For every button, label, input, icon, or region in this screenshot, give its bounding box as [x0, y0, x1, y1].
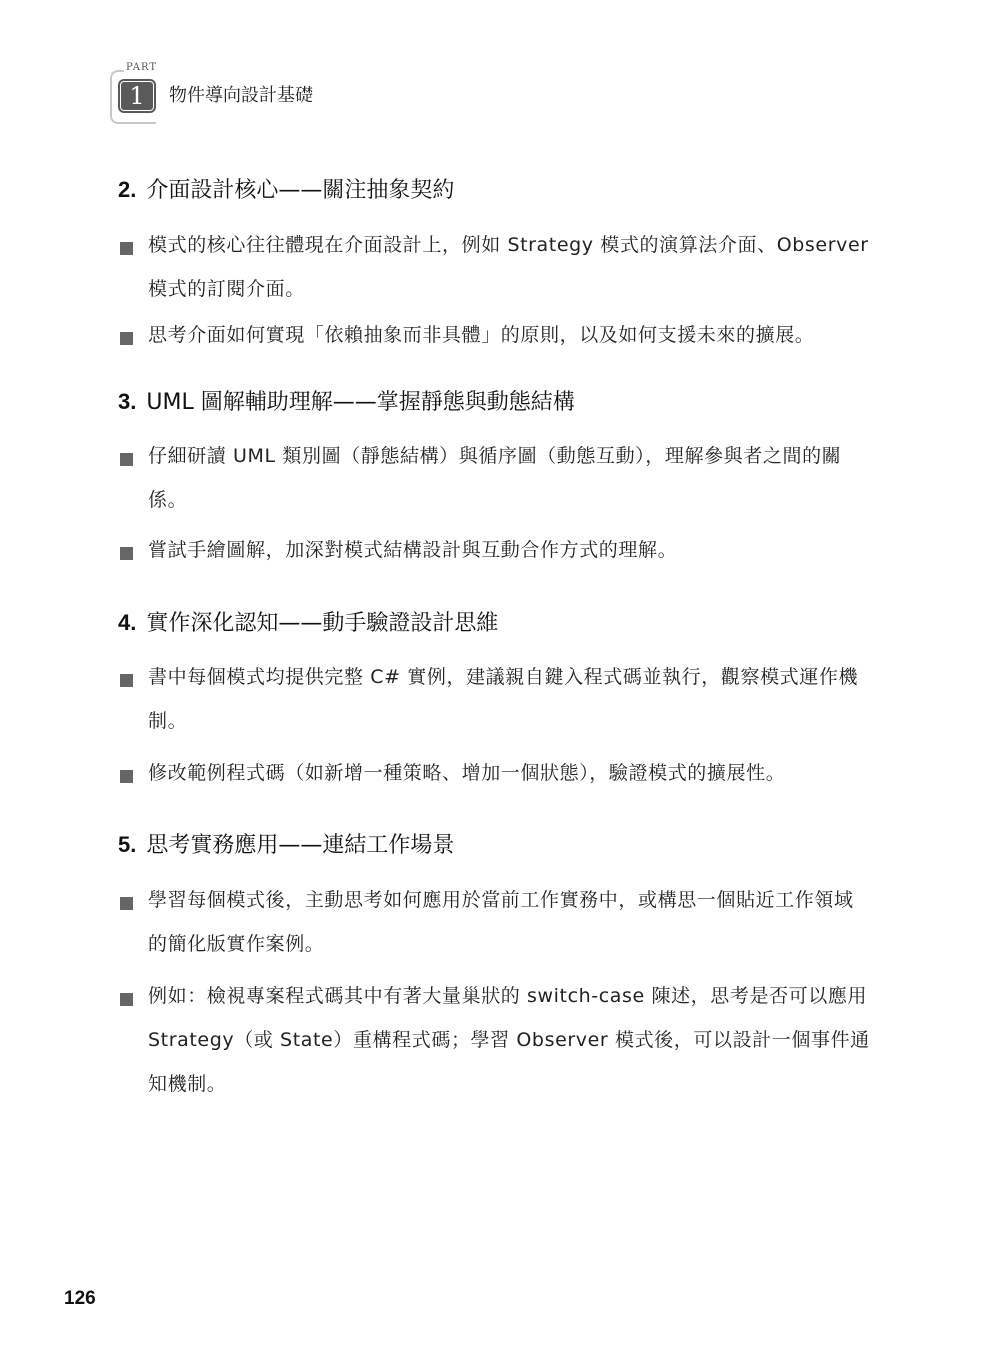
- section-heading: 5.思考實務應用——連結工作場景: [118, 831, 454, 860]
- square-bullet-icon: [120, 242, 133, 255]
- square-bullet-icon: [120, 453, 133, 466]
- list-item-text: 書中每個模式均提供完整 C# 實例，建議親自鍵入程式碼並執行，觀察模式運作機制。: [148, 655, 870, 743]
- list-item-text: 學習每個模式後，主動思考如何應用於當前工作實務中，或構思一個貼近工作領域的簡化版…: [148, 878, 870, 966]
- part-title: 物件導向設計基礎: [169, 84, 313, 108]
- section-number: 3.: [118, 389, 136, 414]
- section-title: 介面設計核心——關注抽象契約: [146, 178, 454, 203]
- part-header: PART 1 物件導向設計基礎: [110, 62, 370, 122]
- section-title: 思考實務應用——連結工作場景: [146, 833, 454, 858]
- part-label: PART: [124, 62, 159, 74]
- list-item-text: 例如：檢視專案程式碼其中有著大量巢狀的 switch-case 陳述，思考是否可…: [148, 974, 870, 1106]
- section-number: 4.: [118, 610, 136, 635]
- square-bullet-icon: [120, 897, 133, 910]
- part-number-badge: 1: [118, 79, 156, 113]
- section-title: 實作深化認知——動手驗證設計思維: [146, 611, 498, 636]
- square-bullet-icon: [120, 547, 133, 560]
- page-number: 126: [64, 1288, 96, 1310]
- list-item-text: 仔細研讀 UML 類別圖（靜態結構）與循序圖（動態互動），理解參與者之間的關係。: [148, 434, 870, 522]
- list-item-text: 修改範例程式碼（如新增一種策略、增加一個狀態），驗證模式的擴展性。: [148, 751, 870, 795]
- square-bullet-icon: [120, 674, 133, 687]
- list-item-text: 嘗試手繪圖解，加深對模式結構設計與互動合作方式的理解。: [148, 528, 870, 572]
- section-heading: 4.實作深化認知——動手驗證設計思維: [118, 609, 498, 638]
- section-title: UML 圖解輔助理解——掌握靜態與動態結構: [146, 390, 574, 415]
- square-bullet-icon: [120, 332, 133, 345]
- section-heading: 3.UML 圖解輔助理解——掌握靜態與動態結構: [118, 388, 575, 417]
- square-bullet-icon: [120, 993, 133, 1006]
- section-number: 5.: [118, 832, 136, 857]
- section-number: 2.: [118, 177, 136, 202]
- list-item-text: 模式的核心往往體現在介面設計上，例如 Strategy 模式的演算法介面、Obs…: [148, 223, 870, 311]
- square-bullet-icon: [120, 770, 133, 783]
- section-heading: 2.介面設計核心——關注抽象契約: [118, 176, 454, 205]
- list-item-text: 思考介面如何實現「依賴抽象而非具體」的原則，以及如何支援未來的擴展。: [148, 313, 870, 357]
